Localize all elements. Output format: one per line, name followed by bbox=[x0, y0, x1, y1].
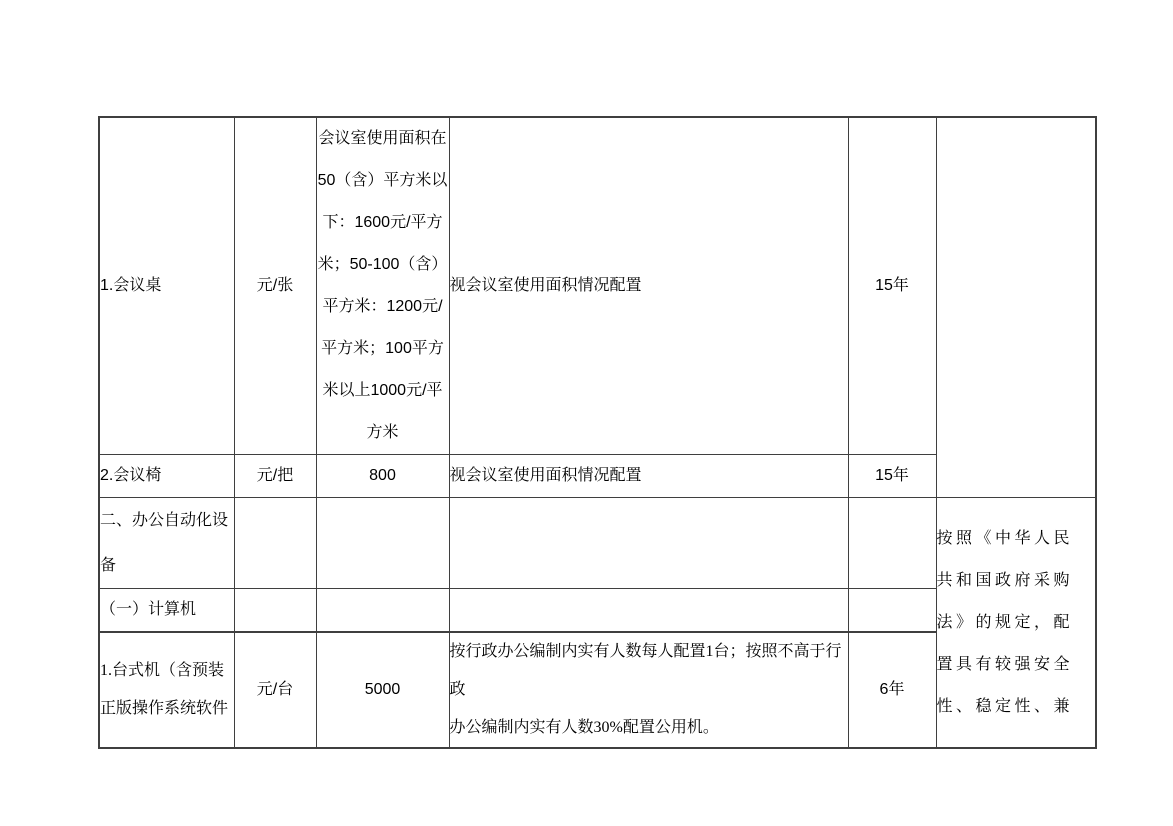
section-office-automation-equipment: 二、办公自动化设 备 bbox=[99, 498, 234, 589]
document-page: 1.会议桌 元/张 会议室使用面积在 50（含）平方米以 下：1600元/平方 … bbox=[0, 0, 1173, 826]
subsection-computers: （一）计算机 bbox=[99, 589, 234, 633]
unit-empty bbox=[234, 498, 316, 589]
remark-cell-empty bbox=[936, 117, 1096, 498]
price-limit-conference-table: 会议室使用面积在 50（含）平方米以 下：1600元/平方 米；50-100（含… bbox=[316, 117, 449, 455]
item-name-conference-chair: 2.会议椅 bbox=[99, 455, 234, 498]
table-row: 1.会议桌 元/张 会议室使用面积在 50（含）平方米以 下：1600元/平方 … bbox=[99, 117, 1096, 455]
years-empty bbox=[848, 589, 936, 633]
config-empty bbox=[449, 498, 848, 589]
config-empty bbox=[449, 589, 848, 633]
config-note-conference-chair: 视会议室使用面积情况配置 bbox=[449, 455, 848, 498]
price-empty bbox=[316, 589, 449, 633]
procurement-standards-table: 1.会议桌 元/张 会议室使用面积在 50（含）平方米以 下：1600元/平方 … bbox=[98, 116, 1097, 749]
config-note-conference-table: 视会议室使用面积情况配置 bbox=[449, 117, 848, 455]
unit-empty bbox=[234, 589, 316, 633]
price-limit-conference-chair: 800 bbox=[316, 455, 449, 498]
item-name-conference-table: 1.会议桌 bbox=[99, 117, 234, 455]
unit-desktop-computer: 元/台 bbox=[234, 632, 316, 748]
remark-procurement-law: 按照《中华人民 共和国政府采购 法》的规定，配 置具有较强安全 性、稳定性、兼 bbox=[936, 498, 1096, 749]
years-empty bbox=[848, 498, 936, 589]
price-empty bbox=[316, 498, 449, 589]
config-note-desktop-computer: 按行政办公编制内实有人数每人配置1台；按照不高于行政 办公编制内实有人数30%配… bbox=[449, 632, 848, 748]
unit-conference-table: 元/张 bbox=[234, 117, 316, 455]
service-years-conference-table: 15年 bbox=[848, 117, 936, 455]
item-name-desktop-computer: 1.台式机（含预装 正版操作系统软件 bbox=[99, 632, 234, 748]
unit-conference-chair: 元/把 bbox=[234, 455, 316, 498]
table-row: 二、办公自动化设 备 按照《中华人民 共和国政府采购 法》的规定，配 置具有较强… bbox=[99, 498, 1096, 589]
price-limit-desktop-computer: 5000 bbox=[316, 632, 449, 748]
service-years-desktop-computer: 6年 bbox=[848, 632, 936, 748]
service-years-conference-chair: 15年 bbox=[848, 455, 936, 498]
